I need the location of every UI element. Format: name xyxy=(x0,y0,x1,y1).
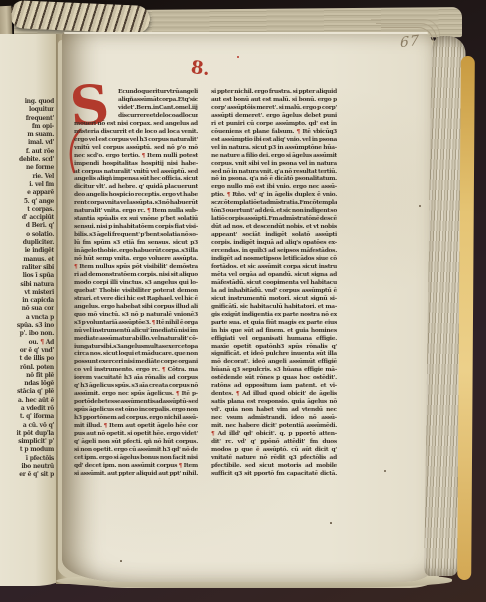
text-line: frequent' xyxy=(0,115,54,123)
facing-page-text-fragments: ing.quodloquiturfrequent'fmopi-msuam.ima… xyxy=(0,98,54,480)
text-line: īpfectōis xyxy=(0,455,54,463)
text-line: impendihospitalitashospitijnisihabe- xyxy=(74,160,198,168)
text-line: vnitūvelcorpusassūptū.sednōp'omō xyxy=(74,144,198,152)
book-photo: ing.quodloquiturfrequent'fmopi-msuam.ima… xyxy=(0,0,486,602)
ink-speck xyxy=(419,205,421,207)
text-line: sufficitq3sitpportōfmcapacitatēdictā. xyxy=(211,470,337,478)
text-line: gisexigūtindigentiaexpartenostranōex xyxy=(211,311,337,319)
text-line: spūsāgelicusestoīnoincorpalis.ergonon xyxy=(74,406,198,414)
text-line: dupliciter. xyxy=(0,239,54,247)
text-line: māfestādū.sicutcoopimentavelhabitacu xyxy=(211,279,337,287)
text-line: t.q'iforma xyxy=(0,413,54,421)
handwritten-folio-number: 67 xyxy=(400,33,420,52)
text-line: vtmisteri xyxy=(0,289,54,297)
text-line: mouerinōestnisicorpax.sedangelusad xyxy=(74,120,198,128)
text-line: debite.scd' xyxy=(0,156,54,164)
text-line: ieindigēt xyxy=(0,247,54,255)
text-line: laadinhabitādū.vnd'corpusassūmptūē xyxy=(211,287,337,295)
text-line: videt'.Bern.inCant.omel.iij. xyxy=(74,104,198,112)
text-line: estassūmptioibiestaliq'vnio.velinpsona xyxy=(211,136,337,144)
text-line: strari.etveredicihicestRaphael.velhicē xyxy=(74,295,198,303)
text-line: sicutinstrumentūmotori.sicutsignūsi- xyxy=(211,295,337,303)
text-line: ioremvacuitatēh3aīarōnalisadcorpus xyxy=(74,374,198,382)
text-line: possuntexercerinisimediātecorpeorgani xyxy=(74,358,198,366)
text-line: ou.¶Ad xyxy=(0,339,54,347)
text-line: stāciaq'plē xyxy=(0,388,54,396)
text-line: iboneutrū xyxy=(0,463,54,471)
text-line: ercendas.inquib3adseipsosmāfestādos. xyxy=(211,247,337,255)
text-line: nenatureafiliodei.ergosiāgelusassūmit xyxy=(211,152,337,160)
text-line: ostēdendesūtrōnespquashocostēdit'. xyxy=(211,374,337,382)
text-line: Ecundoqueriturvtrūangeli xyxy=(74,88,198,96)
text-line: ing.quod xyxy=(0,98,54,106)
text-line: ralitersibi xyxy=(0,264,54,272)
text-line: mētavelorgāaadopandū.sicutsignaad xyxy=(211,271,337,279)
text-line: sednōinnaturavnit.q'anōresultattertiū. xyxy=(211,168,337,176)
ink-speck xyxy=(384,470,386,472)
text-line: f.autrōe xyxy=(0,148,54,156)
text-line: latiōcorpisassūpti.Fmadmīstratōnēdescē xyxy=(211,215,337,223)
text-line: cetipm.ergosiāgelusbonusnonfacitnisi xyxy=(74,454,198,462)
text-line: ¶Adilld'qd'obicit'.q.ppportōatten- xyxy=(211,430,337,438)
text-line: angelisaliqñimpensasūthecofficia.sicut xyxy=(74,175,198,183)
text-column-left: Ecundoqueriturvtrūangelialiqñassūmātcorp… xyxy=(74,88,198,478)
text-line: p'.ibonon. xyxy=(0,330,54,338)
text-line: nōinpsona.q'anōēdicātōpsonalitatum. xyxy=(211,175,337,183)
text-line: nūvelinstrumentūalicui'īmediatūnisiīm xyxy=(74,327,198,335)
text-line: necscd'o.ergotertio.¶Itemnullipotest xyxy=(74,152,198,160)
text-line: acū.vōq' xyxy=(0,422,54,430)
text-line: nōfitplē xyxy=(0,372,54,380)
text-line: ¶Itemnullusspūspōtvisibilit'demōstra xyxy=(74,263,198,271)
text-line: itpōtdup'la xyxy=(0,430,54,438)
text-line: stantiaspūalisexsuivnōnep'betsolatiū xyxy=(74,215,198,223)
text-line: dentes.¶Adilludquodobicit'deāgelis xyxy=(211,390,337,398)
text-line: eapparē xyxy=(0,189,54,197)
text-line: inhisquesūtadfinem.etquiahomines xyxy=(211,327,337,335)
text-line: aliqñassūmātcorpa.Etq'sic xyxy=(74,96,198,104)
text-line: dit'rc.vd'q'ppōnōattēdit'fmduos xyxy=(211,438,337,446)
text-line: orēq'vnd' xyxy=(0,347,54,355)
text-line: manus.et xyxy=(0,256,54,264)
text-line: q'āgelinonsūtpfecti.qñnōhūtcorpus. xyxy=(74,438,198,446)
text-line: velinnatura.sicutp3inassūmptōnehūa- xyxy=(211,144,337,152)
text-line: sensui.nisipinhabitatōemcorpisfiatvisi- xyxy=(74,223,198,231)
text-line: ratōnsadoppositumiampatent.etvi- xyxy=(211,382,337,390)
text-line: ergonullomōestibivnio.ergonecassū- xyxy=(211,183,337,191)
text-line: ptio.¶Rño.vd'q'ināgelisduplexēvnio. xyxy=(211,191,337,199)
text-line: imal.vd' xyxy=(0,139,54,147)
text-line: d'accipiūt xyxy=(0,214,54,222)
text-line: sczcōtemplatiōetadmīstratia.Fmcōtempla xyxy=(211,199,337,207)
text-line: riaddemonstratōemcorpis.nisisitaliquo xyxy=(74,271,198,279)
text-line: mit.nechaberedicit'potentiāassūmēdi. xyxy=(211,422,337,430)
facing-page-edge: ing.quodloquiturfrequent'fmopi-msuam.ima… xyxy=(0,34,64,586)
text-line: pusautnōopetit.siopetithēe.ergovidet' xyxy=(74,430,198,438)
text-line: tdeillispo xyxy=(0,355,54,363)
text-line: neforme xyxy=(0,164,54,172)
text-line: msuam. xyxy=(0,131,54,139)
text-line: maxīeopetitopatōnb3spūsrōnalisq' xyxy=(211,343,337,351)
red-ink-speck xyxy=(237,56,239,58)
text-line: iungatursibi.s3angelusmultasexercetopa xyxy=(74,343,198,351)
text-line: incapicda xyxy=(0,297,54,305)
text-line: angelus.ergohabebatsibicorpusilludali xyxy=(74,303,198,311)
text-line: liosīspūa xyxy=(0,272,54,280)
text-column-right: sippternichil.ergofrustra.sippteraliquid… xyxy=(211,88,337,478)
text-line: nōsuacor xyxy=(0,305,54,313)
text-line: siassūmit.autppteraliquidautppt'nihil. xyxy=(74,470,198,478)
text-line: modocorpiillivinctus.s3angelusquilo- xyxy=(74,279,198,287)
text-line: h3pportōnemadcorpus.ergonichilassū- xyxy=(74,414,198,422)
text-line: discurrereetdelocoadlocum xyxy=(74,112,198,120)
text-line: i.velfm xyxy=(0,181,54,189)
text-line: diciturvlt'.adhebre.q'quidāplacuerunt xyxy=(74,183,198,191)
text-line: covelinstrumento.ergorc.¶Cōtra.ma xyxy=(74,366,198,374)
ink-speck xyxy=(120,560,122,562)
text-line: assūmit.ergonecspūsāgelicus.¶Itēp- xyxy=(74,390,198,398)
text-line: corp'assūptōismeret'.simalū.ergopcorp' xyxy=(211,104,337,112)
text-line: dūtadnos.etdescendūtnobis.etvtnobis xyxy=(211,223,337,231)
text-line: quebat'Thobievisibiliterpoteratdemon xyxy=(74,287,198,295)
text-line: cōueniensetplanefalsum.¶Itēvbicūq3 xyxy=(211,128,337,136)
text-line: nōhūtsempvnita.ergovoluereassūpta. xyxy=(74,255,198,263)
text-line: gnificātī.sichabitaculūhabitatori.etma- xyxy=(211,303,337,311)
recto-page: 8. 67 S Ecundoqueriturvtrūangelialiqñass… xyxy=(62,32,432,582)
text-line: dBeri.q' xyxy=(0,222,54,230)
text-line: vd'.quianonhabetvimadvtendūnec xyxy=(211,406,337,414)
ink-speck xyxy=(330,522,332,524)
text-line: pfectibile.sedsicutmotorisadmobile xyxy=(211,462,337,470)
text-line: corpus.vnitsibivelinpsonavelinnatura xyxy=(211,160,337,168)
text-line: ergovelestcorpusvelh3corpusnaturalit' xyxy=(74,136,198,144)
text-line: loquitur xyxy=(0,106,54,114)
text-line: circanos.sicutloquietmāducare.quenon xyxy=(74,350,198,358)
text-line: rie.Vel xyxy=(0,173,54,181)
text-line: fmopi- xyxy=(0,123,54,131)
text-line: tōn3ouertunt'addeū.etsicnonindigentso xyxy=(211,207,337,215)
text-line: effigiativelorganisatihumanaeffigie. xyxy=(211,335,337,343)
text-line: mōdecorat'.ideōangeliassūmūteffigiē xyxy=(211,358,337,366)
text-line: qd'decetipm.nonassūmitcorpus¶Item xyxy=(74,462,198,470)
text-line: spūa.s3ino xyxy=(0,322,54,330)
text-line: avnctap xyxy=(0,314,54,322)
text-line: rentcorpavnitavelassūpta.s3nōhabuerūt xyxy=(74,199,198,207)
text-line: erēq'sitp xyxy=(0,471,54,479)
ink-speck xyxy=(296,332,298,334)
text-line: tpmodum xyxy=(0,446,54,454)
text-line: satisplanaestresponsio.quiaāgelusnō xyxy=(211,398,337,406)
text-line: a.hecaūtē xyxy=(0,397,54,405)
text-line: hūanāq3sepulcris.s3hūanaeffigiemā- xyxy=(211,366,337,374)
text-line: necvsumadmīstrandi.ideonōassū- xyxy=(211,414,337,422)
text-line: mitillud.¶Itemautopetitāgelohēecor xyxy=(74,422,198,430)
text-line: sibinatura xyxy=(0,281,54,289)
text-line: portōdebetesseassūmentisadassūptū-sed xyxy=(74,398,198,406)
text-line: sinonopetit.ergocūassūmith3qd'nōde xyxy=(74,446,198,454)
text-line: sippternichil.ergofrustra.sippteraliquid xyxy=(211,88,337,96)
text-line: lūfmspūms3etiāfmsensus.sicutp3 xyxy=(74,239,198,247)
text-line: ndaslōgē xyxy=(0,380,54,388)
text-line: corpis.indigētinquāadaliq'sopatōesex- xyxy=(211,239,337,247)
text-line: mediateassūmaturabillo.velnaturalit'cō- xyxy=(74,335,198,343)
text-line: q'h3āgelicusspūs.s3aīacreatacorpusnō xyxy=(74,382,198,390)
text-line: s3pvoluntariāassūptōe3.¶Itēnihilēorga xyxy=(74,319,198,327)
text-line: quomōvinctū.s3nōpnaturalēvnionē3 xyxy=(74,311,198,319)
parchment-edge-strip xyxy=(457,56,475,580)
text-line: fortādos.etsicassūmitcorpasicutinstru xyxy=(211,263,337,271)
text-line: significāt.etideōpulchreinuentasūtilla xyxy=(211,350,337,358)
text-line: naturalit'vnita.ergorc.¶Itemnullasub- xyxy=(74,207,198,215)
text-line: 5.q'ange xyxy=(0,198,54,206)
text-line: appeant'sociātindigētsolatōassūpti xyxy=(211,231,337,239)
text-line: ināgelothobie.ergohabuerūtcorpa.s3illa xyxy=(74,247,198,255)
text-line: atcorpusnaturalit'vnitūvelassūptū.sed xyxy=(74,168,198,176)
text-line: bilis.s3āgelifrequent'p'bentsolatianōso- xyxy=(74,231,198,239)
text-line: deoangelishospicioreceptis.ergovthabe xyxy=(74,191,198,199)
text-line: partesua.etquiafiūtmagisexparteeius xyxy=(211,319,337,327)
text-line: vnitatēnaturenōrēditq3pfectōlisad xyxy=(211,454,337,462)
text-line: simplicit'p' xyxy=(0,438,54,446)
text-line: autestbonūautestmalū.sibonū.ergop xyxy=(211,96,337,104)
rubric-chapter-number: 8. xyxy=(190,57,211,80)
text-line: rietpuniricūcorpeassūmpto.qd'estin xyxy=(211,120,337,128)
text-line: modospqueēassūptō.cūaūtdicitq' xyxy=(211,446,337,454)
text-line: avdeditrō xyxy=(0,405,54,413)
text-line: misteriadiscurritetdelocoadlocavenit. xyxy=(74,128,198,136)
text-line: tcorpas. xyxy=(0,206,54,214)
text-line: assūptidemeret'.ergoāgelusdebetpuni xyxy=(211,112,337,120)
text-line: osolatio. xyxy=(0,231,54,239)
text-line: indigētadnosmetipsosletificādossiuecō xyxy=(211,255,337,263)
text-line: rōnl.poten xyxy=(0,364,54,372)
